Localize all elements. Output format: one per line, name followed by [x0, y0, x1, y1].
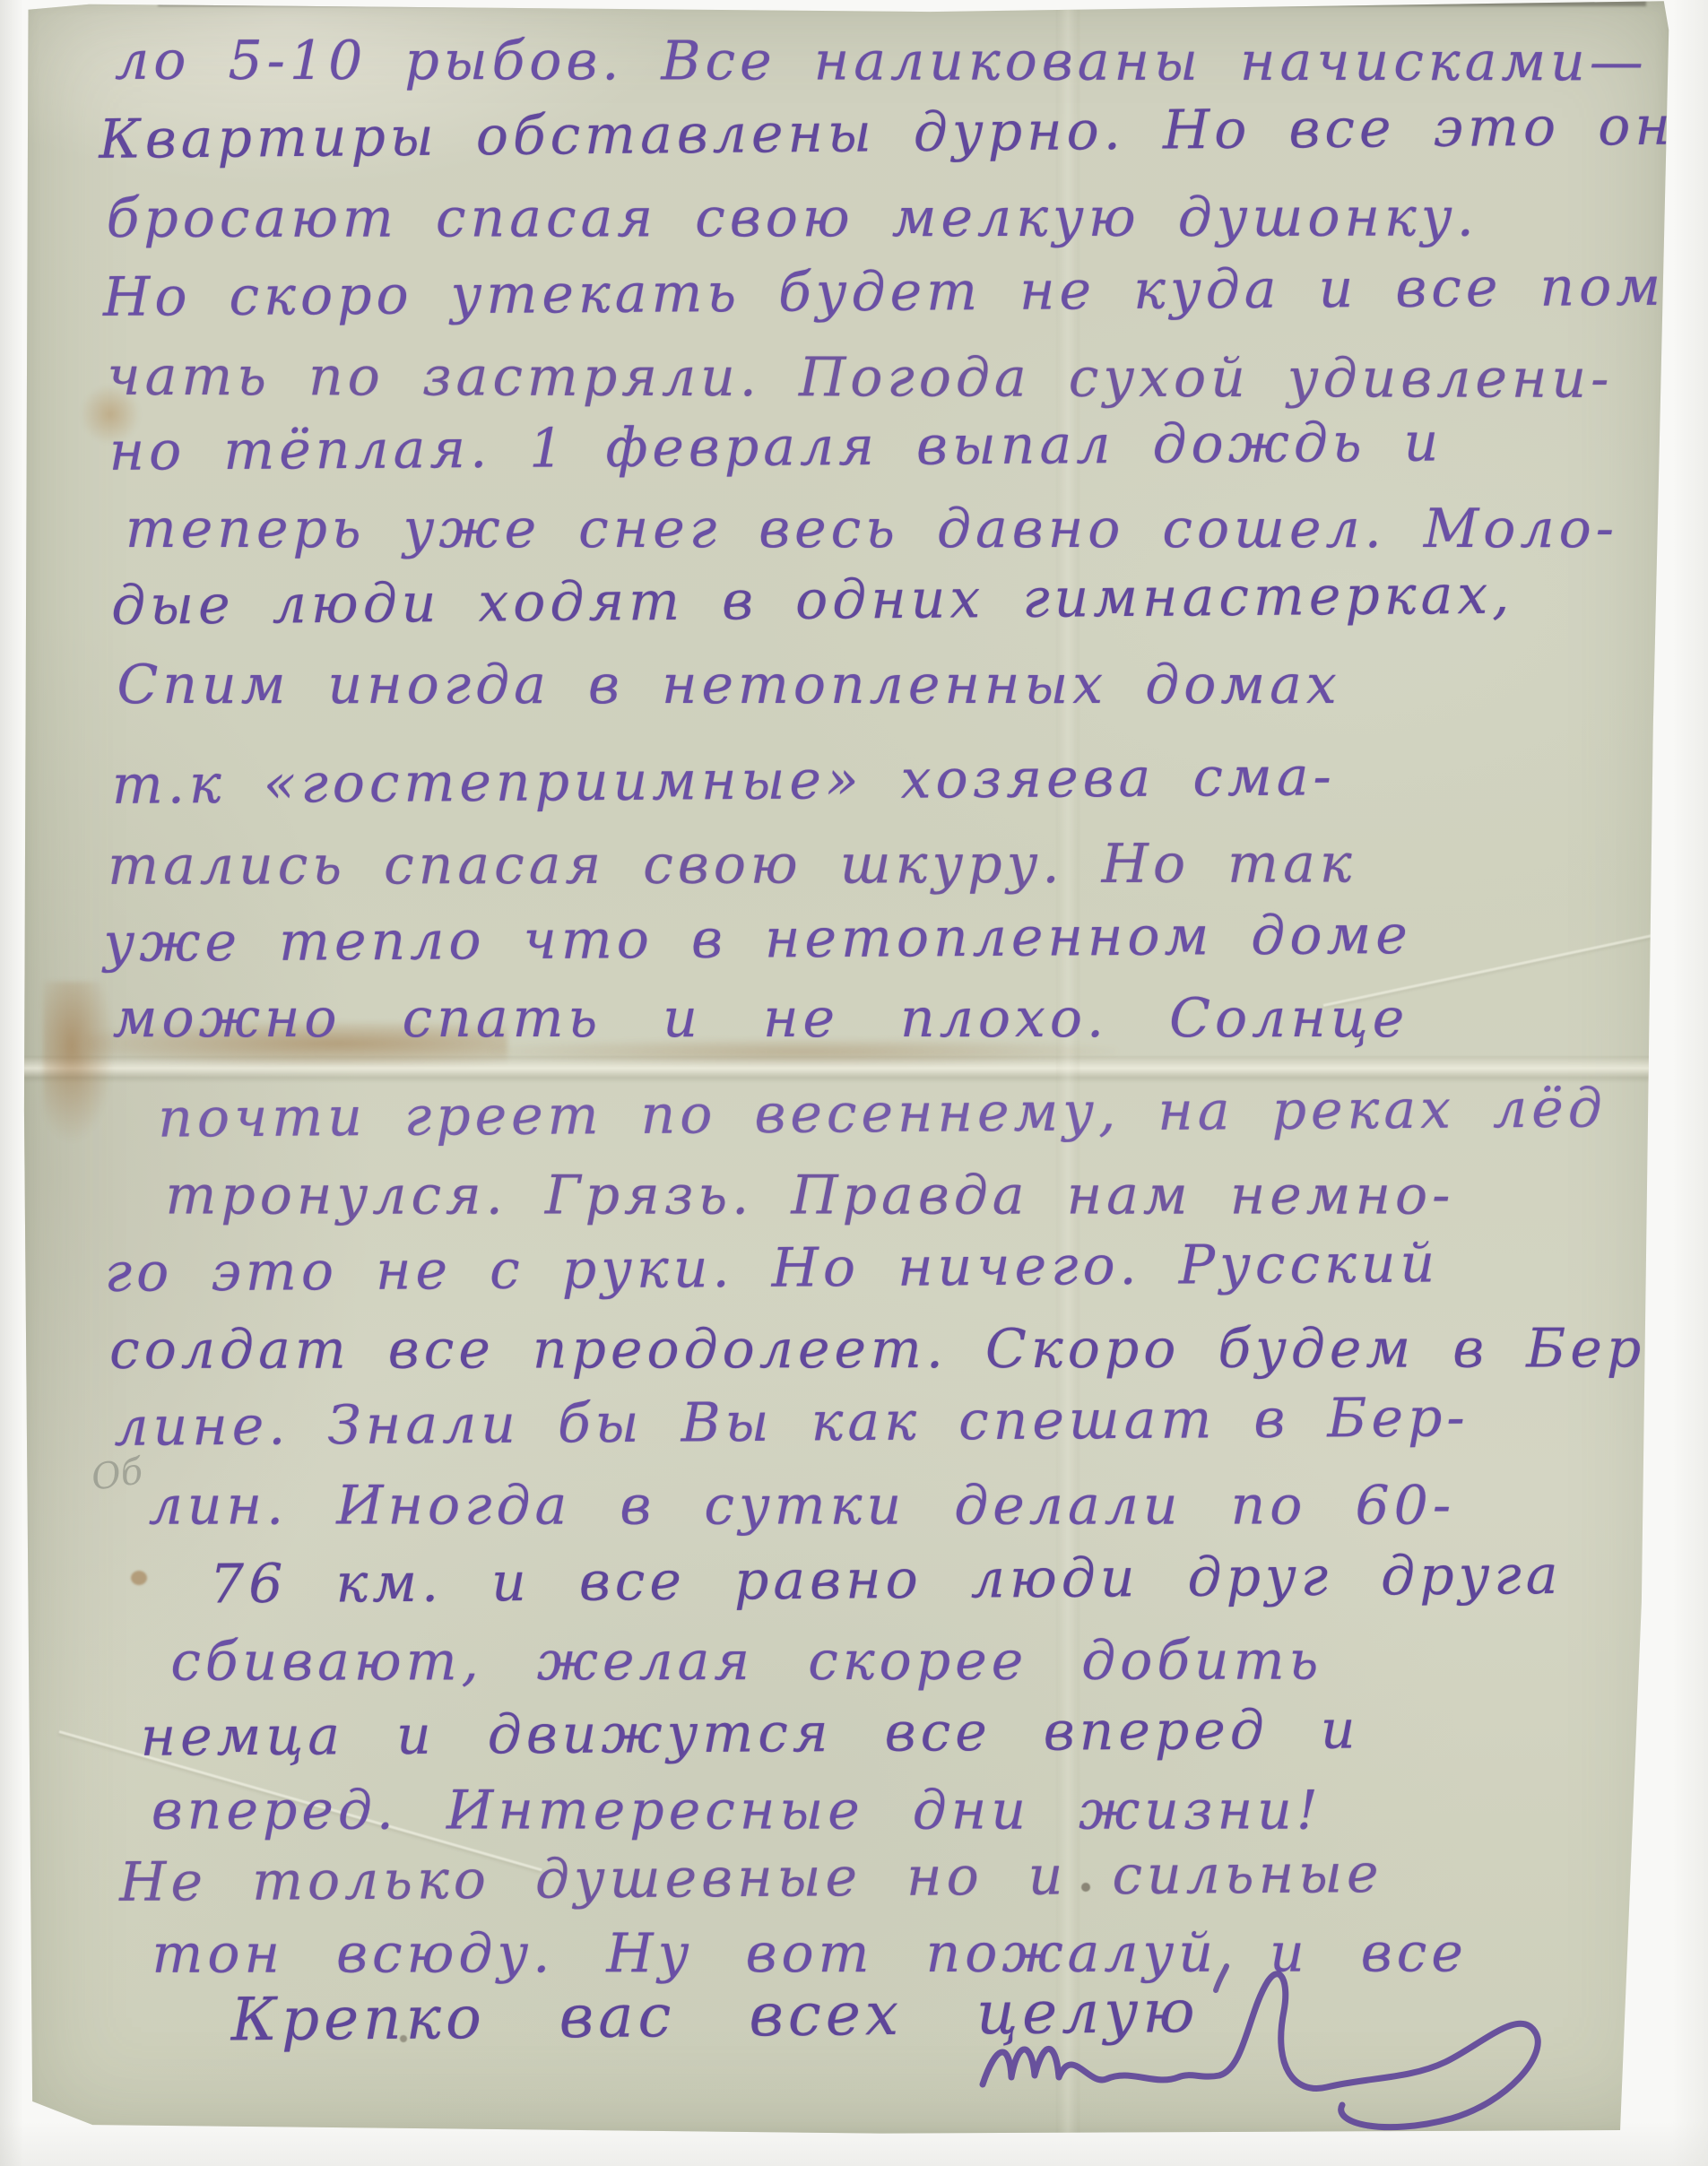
handwriting-line: т.к «гостеприимные» хозяева сма- — [112, 745, 1336, 817]
handwriting-line: Спим иногда в нетопленных домах — [117, 654, 1341, 716]
handwriting-line: чать по застряли. Погода сухой удивлени- — [107, 345, 1613, 411]
handwriting-line: немца и движутся все вперед и — [140, 1698, 1359, 1768]
handwriting-line: вперед. Интересные дни жизни! — [152, 1780, 1322, 1842]
handwriting-line: сбивают, желая скорее добить — [170, 1630, 1322, 1694]
handwriting-line: ло 5-10 рыбов. Все наликованы начисками— — [115, 30, 1648, 93]
handwriting-line: можно спать и не плохо. Солнце — [113, 987, 1409, 1050]
handwriting-block: ло 5-10 рыбов. Все наликованы начисками—… — [20, 0, 1675, 2138]
pencil-margin-note: Об — [89, 1451, 145, 1499]
handwriting-line: тронулся. Грязь. Правда нам немно- — [165, 1165, 1454, 1227]
handwriting-line: тались спасая свою шкуру. Но так — [108, 832, 1357, 897]
handwriting-line: 76 км. и все равно люди друг друга — [210, 1544, 1563, 1616]
handwriting-line: Квартиры обставлены дурно. Но все это он… — [99, 94, 1708, 171]
handwriting-line: уже тепло что в нетопленном доме — [103, 904, 1412, 975]
letter-paper: ло 5-10 рыбов. Все наликованы начисками—… — [23, 0, 1671, 2136]
handwriting-line: теперь уже снег весь давно сошел. Моло- — [126, 498, 1618, 560]
handwriting-line: бросают спасая свою мелкую душонку. — [107, 186, 1478, 250]
letter-scan: { "letter": { "kind": "рукописное письмо… — [0, 0, 1708, 2166]
handwriting-line: Не только душевные но и сильные — [119, 1842, 1383, 1914]
handwriting-line: дые люди ходят в одних гимнастерках, — [111, 564, 1514, 637]
handwriting-line: Но скоро утекать будет не куда и все пом… — [103, 255, 1708, 329]
handwriting-line: го это не с руки. Но ничего. Русский — [105, 1233, 1440, 1304]
handwriting-line: лине. Знали бы Вы как спешат в Бер- — [114, 1386, 1470, 1459]
handwriting-line: солдат все преодолеет. Скоро будем в Бер… — [109, 1317, 1668, 1382]
handwriting-line: лин. Иногда в сутки делали по 60- — [149, 1475, 1455, 1538]
handwriting-line: но тёплая. 1 февраля выпал дождь и — [108, 411, 1443, 482]
signature-flourish — [947, 1959, 1646, 2138]
handwriting-line: почти греет по весеннему, на реках лёд — [158, 1077, 1607, 1149]
